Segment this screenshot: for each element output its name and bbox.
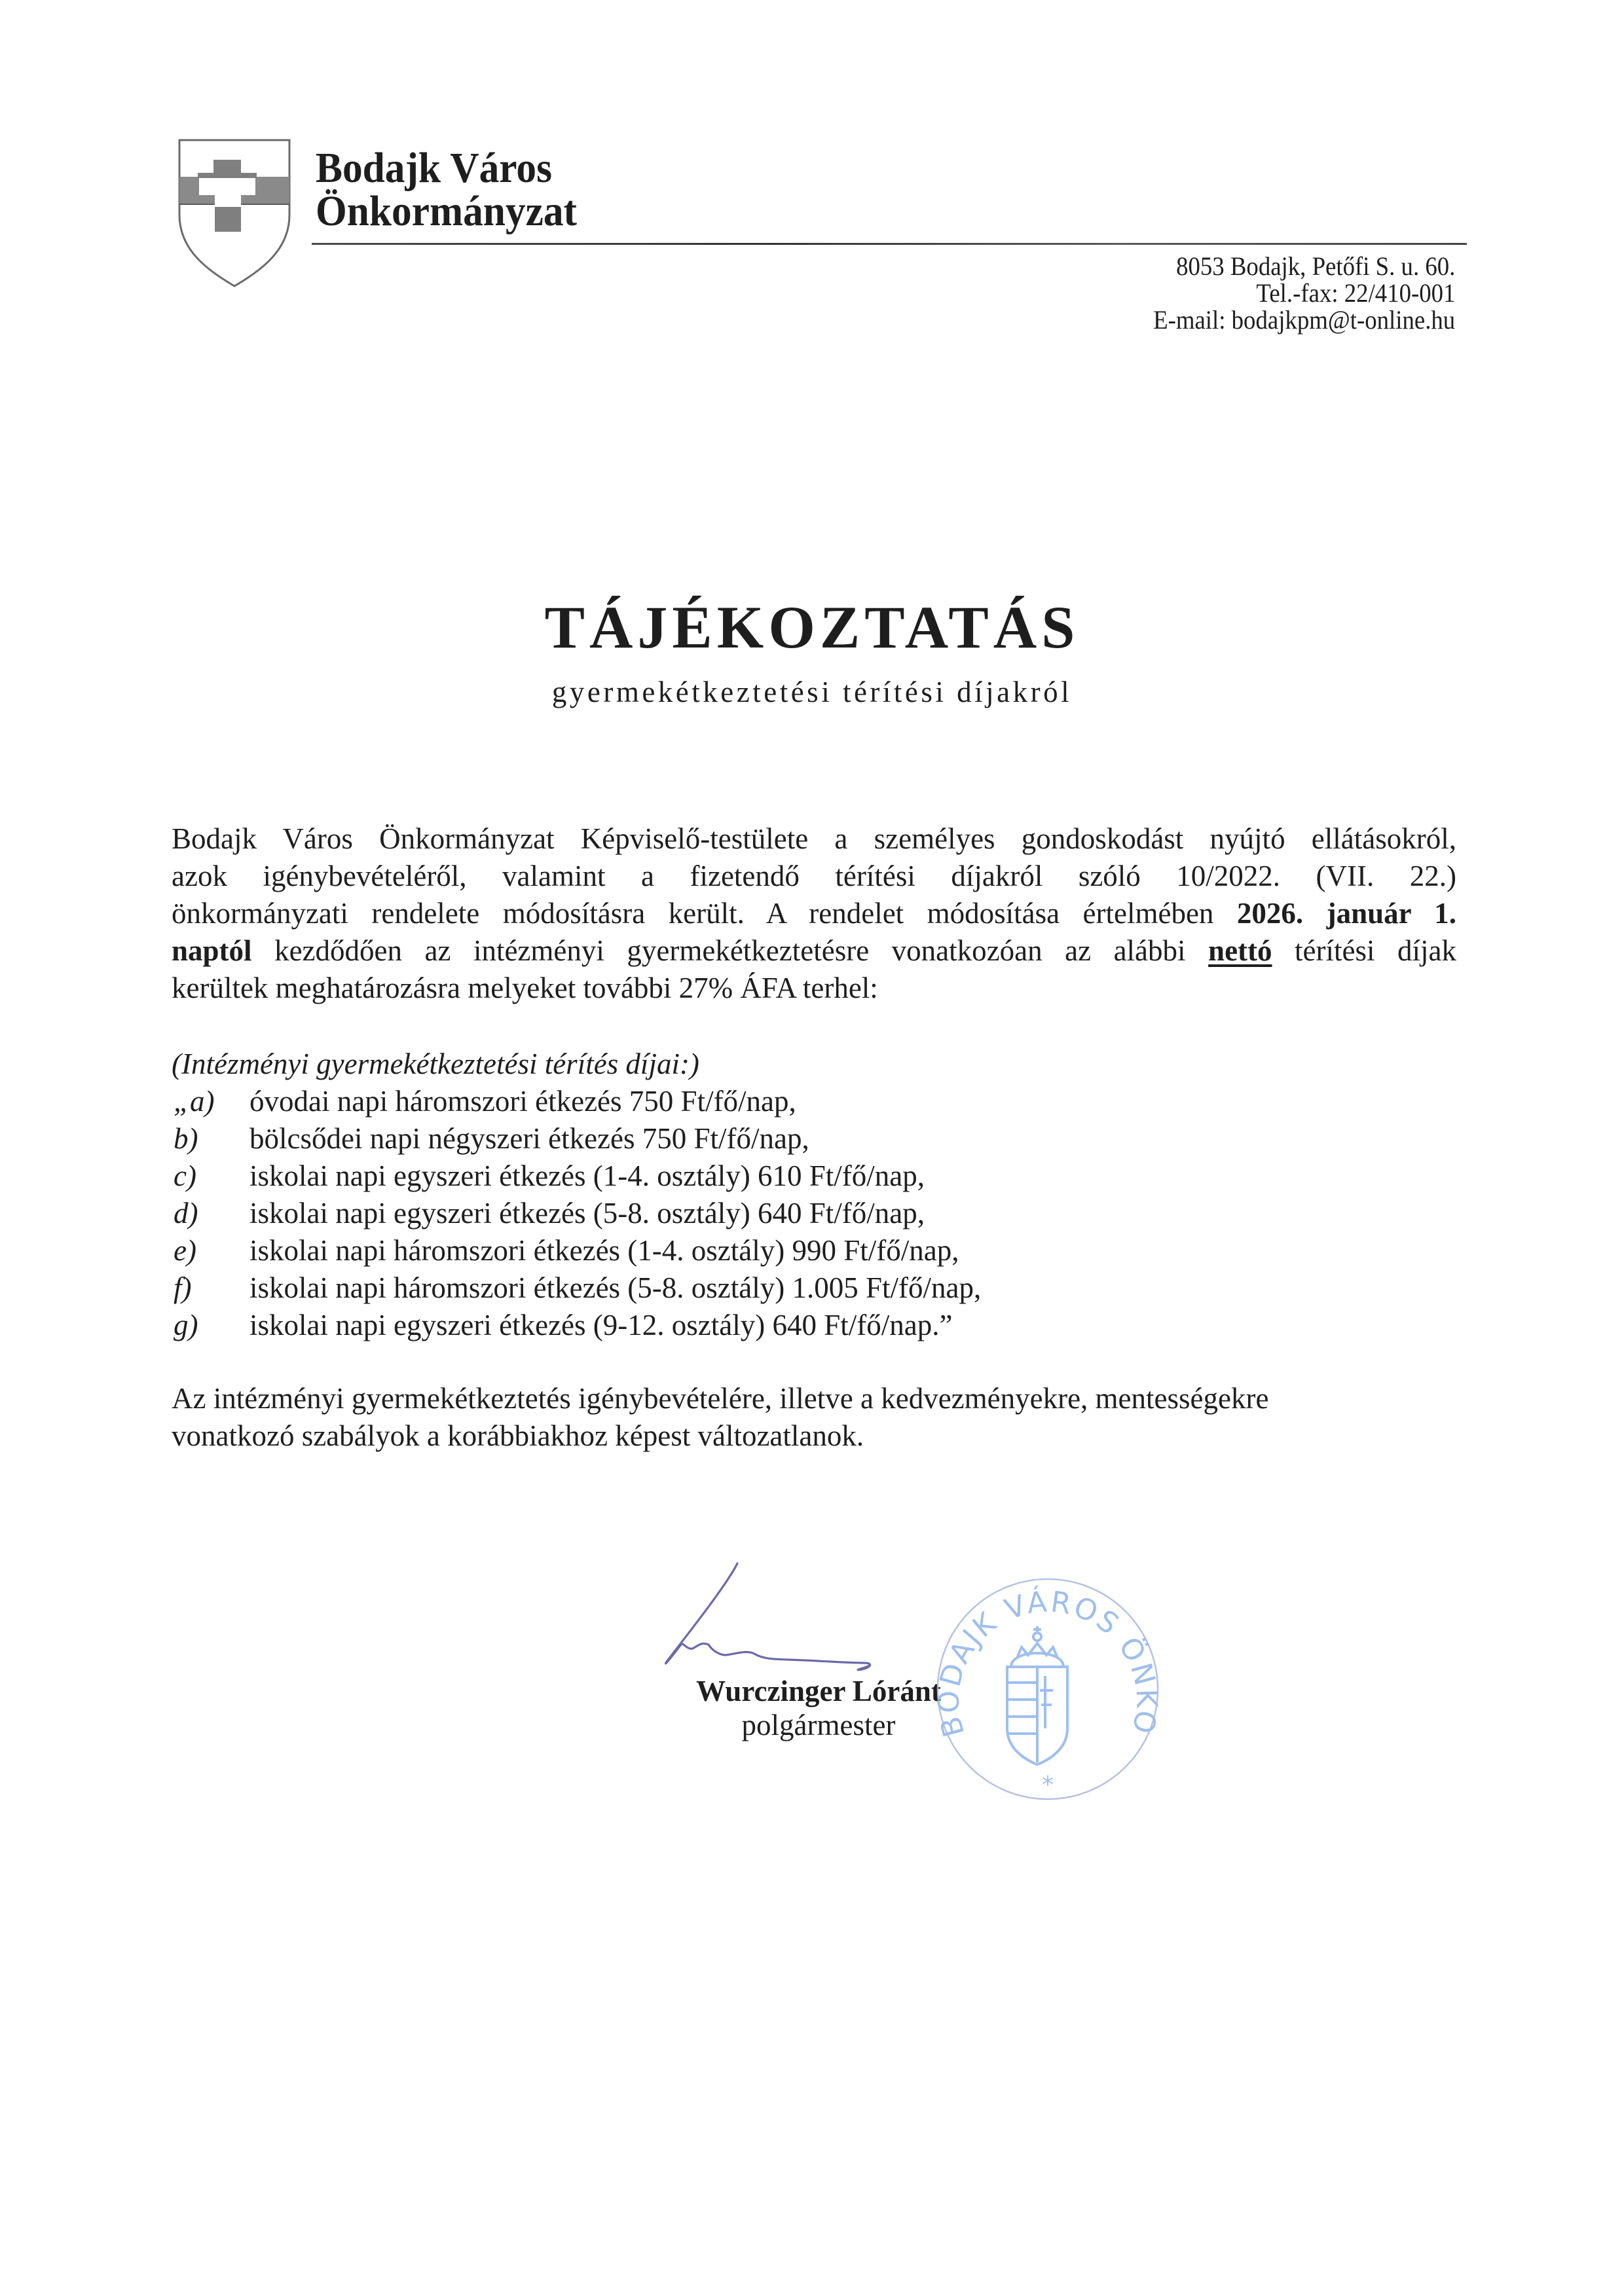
signer-name: Wurczinger Lóránt (668, 1675, 969, 1707)
contact-email: E-mail: bodajkpm@t-online.hu (1153, 307, 1455, 333)
intro-line-1: Bodajk Város Önkormányzat Képviselő-test… (172, 820, 1456, 858)
list-item-label: e) (174, 1232, 196, 1269)
intro-line-5: kerültek meghatározásra melyeket további… (172, 970, 1456, 1007)
intro-line-4-tail: térítési díjak (1295, 934, 1456, 967)
effective-date: 2026. január 1. (1237, 897, 1456, 930)
list-item-text: iskolai napi háromszori étkezés (5-8. os… (249, 1269, 981, 1307)
header-divider (312, 243, 1467, 245)
signer-title: polgármester (668, 1709, 969, 1741)
list-item-text: óvodai napi háromszori étkezés 750 Ft/fő… (249, 1083, 796, 1120)
closing-paragraph: Az intézményi gyermekétkeztetés igénybev… (172, 1380, 1268, 1455)
handwritten-signature-icon (629, 1558, 904, 1676)
list-item-label: f) (174, 1269, 192, 1307)
coat-of-arms-shield-icon (175, 136, 293, 290)
intro-line-3-text: önkormányzati rendelete módosításra kerü… (172, 897, 1213, 930)
intro-line-4: naptól kezdődően az intézményi gyermekét… (172, 932, 1456, 970)
list-item-label: „a) (174, 1083, 215, 1120)
closing-line-2: vonatkozó szabályok a korábbiakhoz képes… (172, 1417, 1268, 1455)
official-stamp-icon: BODAJK VÁROS ÖNKORMÁNYZAT * (930, 1571, 1166, 1807)
document-title: TÁJÉKOZTATÁS (0, 597, 1624, 657)
stamp-star: * (1042, 1772, 1054, 1798)
list-item-label: b) (174, 1120, 198, 1157)
closing-line-1: Az intézményi gyermekétkeztetés igénybev… (172, 1380, 1268, 1417)
list-item-text: iskolai napi háromszori étkezés (1-4. os… (249, 1232, 959, 1269)
fee-list-heading: (Intézményi gyermekétkeztetési térítés d… (172, 1046, 699, 1083)
contact-address: 8053 Bodajk, Petőfi S. u. 60. (1176, 253, 1455, 280)
list-item-text: iskolai napi egyszeri étkezés (9-12. osz… (249, 1307, 952, 1344)
net-emphasis: nettó (1208, 934, 1272, 967)
contact-telfax: Tel.-fax: 22/410-001 (1256, 280, 1455, 306)
intro-line-4-text: kezdődően az intézményi gyermekétkezteté… (274, 934, 1185, 967)
organization-name-line1: Bodajk Város (316, 147, 552, 190)
organization-name-line2: Önkormányzat (316, 190, 577, 233)
intro-line-2: azok igénybevételéről, valamint a fizete… (172, 858, 1456, 895)
intro-paragraph: Bodajk Város Önkormányzat Képviselő-test… (172, 820, 1456, 1007)
intro-line-3: önkormányzati rendelete módosításra kerü… (172, 895, 1456, 932)
list-item-label: d) (174, 1195, 198, 1232)
list-item-text: iskolai napi egyszeri étkezés (5-8. oszt… (249, 1195, 925, 1232)
effective-from: naptól (172, 934, 252, 967)
list-item-label: g) (174, 1307, 198, 1344)
list-item-label: c) (174, 1157, 196, 1195)
list-item-text: bölcsődei napi négyszeri étkezés 750 Ft/… (249, 1120, 809, 1157)
document-subtitle: gyermekétkeztetési térítési díjakról (0, 678, 1624, 707)
list-item-text: iskolai napi egyszeri étkezés (1-4. oszt… (249, 1157, 925, 1195)
